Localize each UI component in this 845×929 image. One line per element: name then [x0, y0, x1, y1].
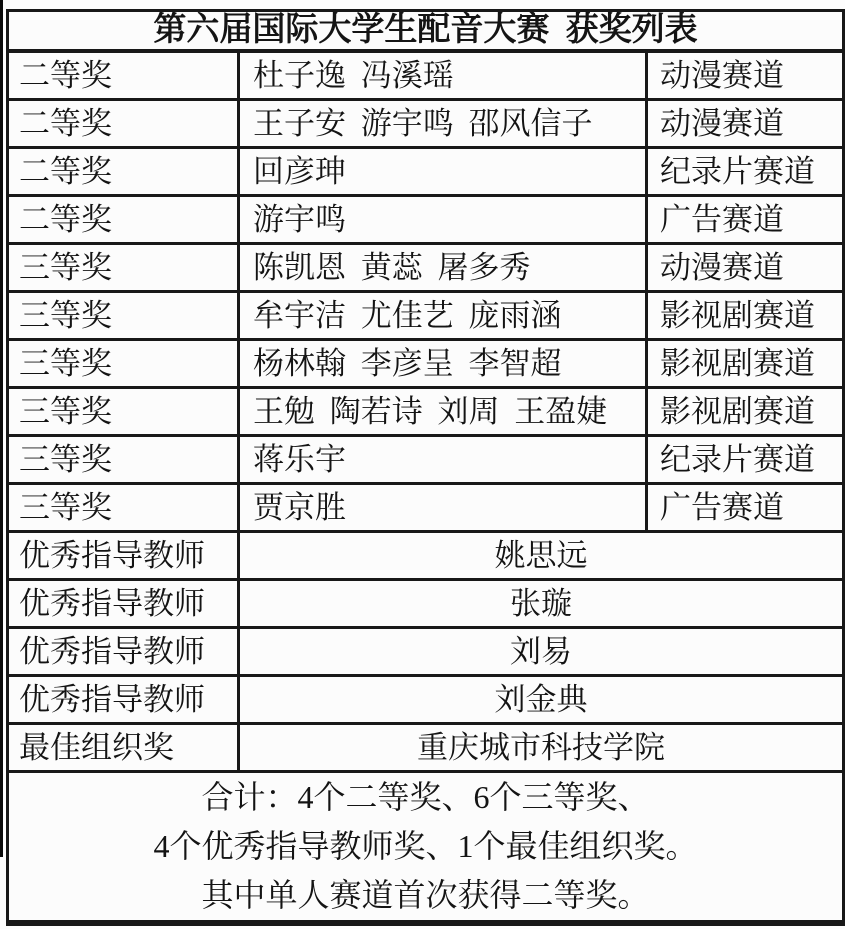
track-cell: 广告赛道: [647, 484, 844, 532]
track-cell: 广告赛道: [647, 196, 844, 244]
winner-names-cell: 杨林翰 李彦呈 李智超: [239, 340, 647, 388]
summary-line-3: 其中单人赛道首次获得二等奖。: [9, 871, 842, 920]
winner-names-cell: 王勉 陶若诗 刘周 王盈婕: [239, 388, 647, 436]
track-cell: 动漫赛道: [647, 244, 844, 292]
award-level-cell: 三等奖: [8, 388, 239, 436]
winner-names-cell: 杜子逸 冯溪瑶: [239, 51, 647, 100]
winner-names-cell: 游宇鸣: [239, 196, 647, 244]
award-level-cell: 三等奖: [8, 340, 239, 388]
award-level-cell: 优秀指导教师: [8, 532, 239, 580]
recipient-cell: 姚思远: [239, 532, 844, 580]
award-level-cell: 三等奖: [8, 436, 239, 484]
winner-names-cell: 陈凯恩 黄蕊 屠多秀: [239, 244, 647, 292]
award-level-cell: 三等奖: [8, 244, 239, 292]
summary-row: 合计：4个二等奖、6个三等奖、 4个优秀指导教师奖、1个最佳组织奖。 其中单人赛…: [8, 772, 844, 924]
award-row: 三等奖 蒋乐宇 纪录片赛道: [8, 436, 844, 484]
award-row: 二等奖 王子安 游宇鸣 邵风信子 动漫赛道: [8, 100, 844, 148]
award-level-cell: 三等奖: [8, 484, 239, 532]
winner-names-cell: 贾京胜: [239, 484, 647, 532]
award-row: 三等奖 陈凯恩 黄蕊 屠多秀 动漫赛道: [8, 244, 844, 292]
award-row: 三等奖 牟宇洁 尤佳艺 庞雨涵 影视剧赛道: [8, 292, 844, 340]
teacher-row: 优秀指导教师 姚思远: [8, 532, 844, 580]
summary-line-2: 4个优秀指导教师奖、1个最佳组织奖。: [9, 822, 842, 871]
award-row: 三等奖 王勉 陶若诗 刘周 王盈婕 影视剧赛道: [8, 388, 844, 436]
recipient-cell: 刘易: [239, 628, 844, 676]
track-cell: 纪录片赛道: [647, 148, 844, 196]
award-level-cell: 优秀指导教师: [8, 676, 239, 724]
winner-names-cell: 蒋乐宇: [239, 436, 647, 484]
teacher-row: 优秀指导教师 刘金典: [8, 676, 844, 724]
summary-cell: 合计：4个二等奖、6个三等奖、 4个优秀指导教师奖、1个最佳组织奖。 其中单人赛…: [8, 772, 844, 924]
award-row: 三等奖 贾京胜 广告赛道: [8, 484, 844, 532]
track-cell: 纪录片赛道: [647, 436, 844, 484]
table-title-row: 第六届国际大学生配音大赛 获奖列表: [8, 11, 844, 52]
award-level-cell: 三等奖: [8, 292, 239, 340]
organization-row: 最佳组织奖 重庆城市科技学院: [8, 724, 844, 772]
award-row: 二等奖 游宇鸣 广告赛道: [8, 196, 844, 244]
award-level-cell: 优秀指导教师: [8, 628, 239, 676]
award-level-cell: 二等奖: [8, 196, 239, 244]
track-cell: 影视剧赛道: [647, 340, 844, 388]
recipient-cell: 刘金典: [239, 676, 844, 724]
track-cell: 动漫赛道: [647, 51, 844, 100]
winner-names-cell: 牟宇洁 尤佳艺 庞雨涵: [239, 292, 647, 340]
award-level-cell: 二等奖: [8, 51, 239, 100]
award-row: 二等奖 回彦珅 纪录片赛道: [8, 148, 844, 196]
track-cell: 影视剧赛道: [647, 388, 844, 436]
recipient-cell: 张璇: [239, 580, 844, 628]
award-level-cell: 二等奖: [8, 148, 239, 196]
table-title: 第六届国际大学生配音大赛 获奖列表: [8, 11, 844, 52]
awards-table: 第六届国际大学生配音大赛 获奖列表 二等奖 杜子逸 冯溪瑶 动漫赛道 二等奖 王…: [6, 9, 845, 926]
teacher-row: 优秀指导教师 张璇: [8, 580, 844, 628]
award-row: 三等奖 杨林翰 李彦呈 李智超 影视剧赛道: [8, 340, 844, 388]
award-level-cell: 优秀指导教师: [8, 580, 239, 628]
award-level-cell: 二等奖: [8, 100, 239, 148]
summary-line-1: 合计：4个二等奖、6个三等奖、: [9, 773, 842, 822]
track-cell: 影视剧赛道: [647, 292, 844, 340]
winner-names-cell: 王子安 游宇鸣 邵风信子: [239, 100, 647, 148]
award-level-cell: 最佳组织奖: [8, 724, 239, 772]
teacher-row: 优秀指导教师 刘易: [8, 628, 844, 676]
photo-edge-artifact: [0, 0, 3, 857]
award-row: 二等奖 杜子逸 冯溪瑶 动漫赛道: [8, 51, 844, 100]
recipient-cell: 重庆城市科技学院: [239, 724, 844, 772]
track-cell: 动漫赛道: [647, 100, 844, 148]
winner-names-cell: 回彦珅: [239, 148, 647, 196]
